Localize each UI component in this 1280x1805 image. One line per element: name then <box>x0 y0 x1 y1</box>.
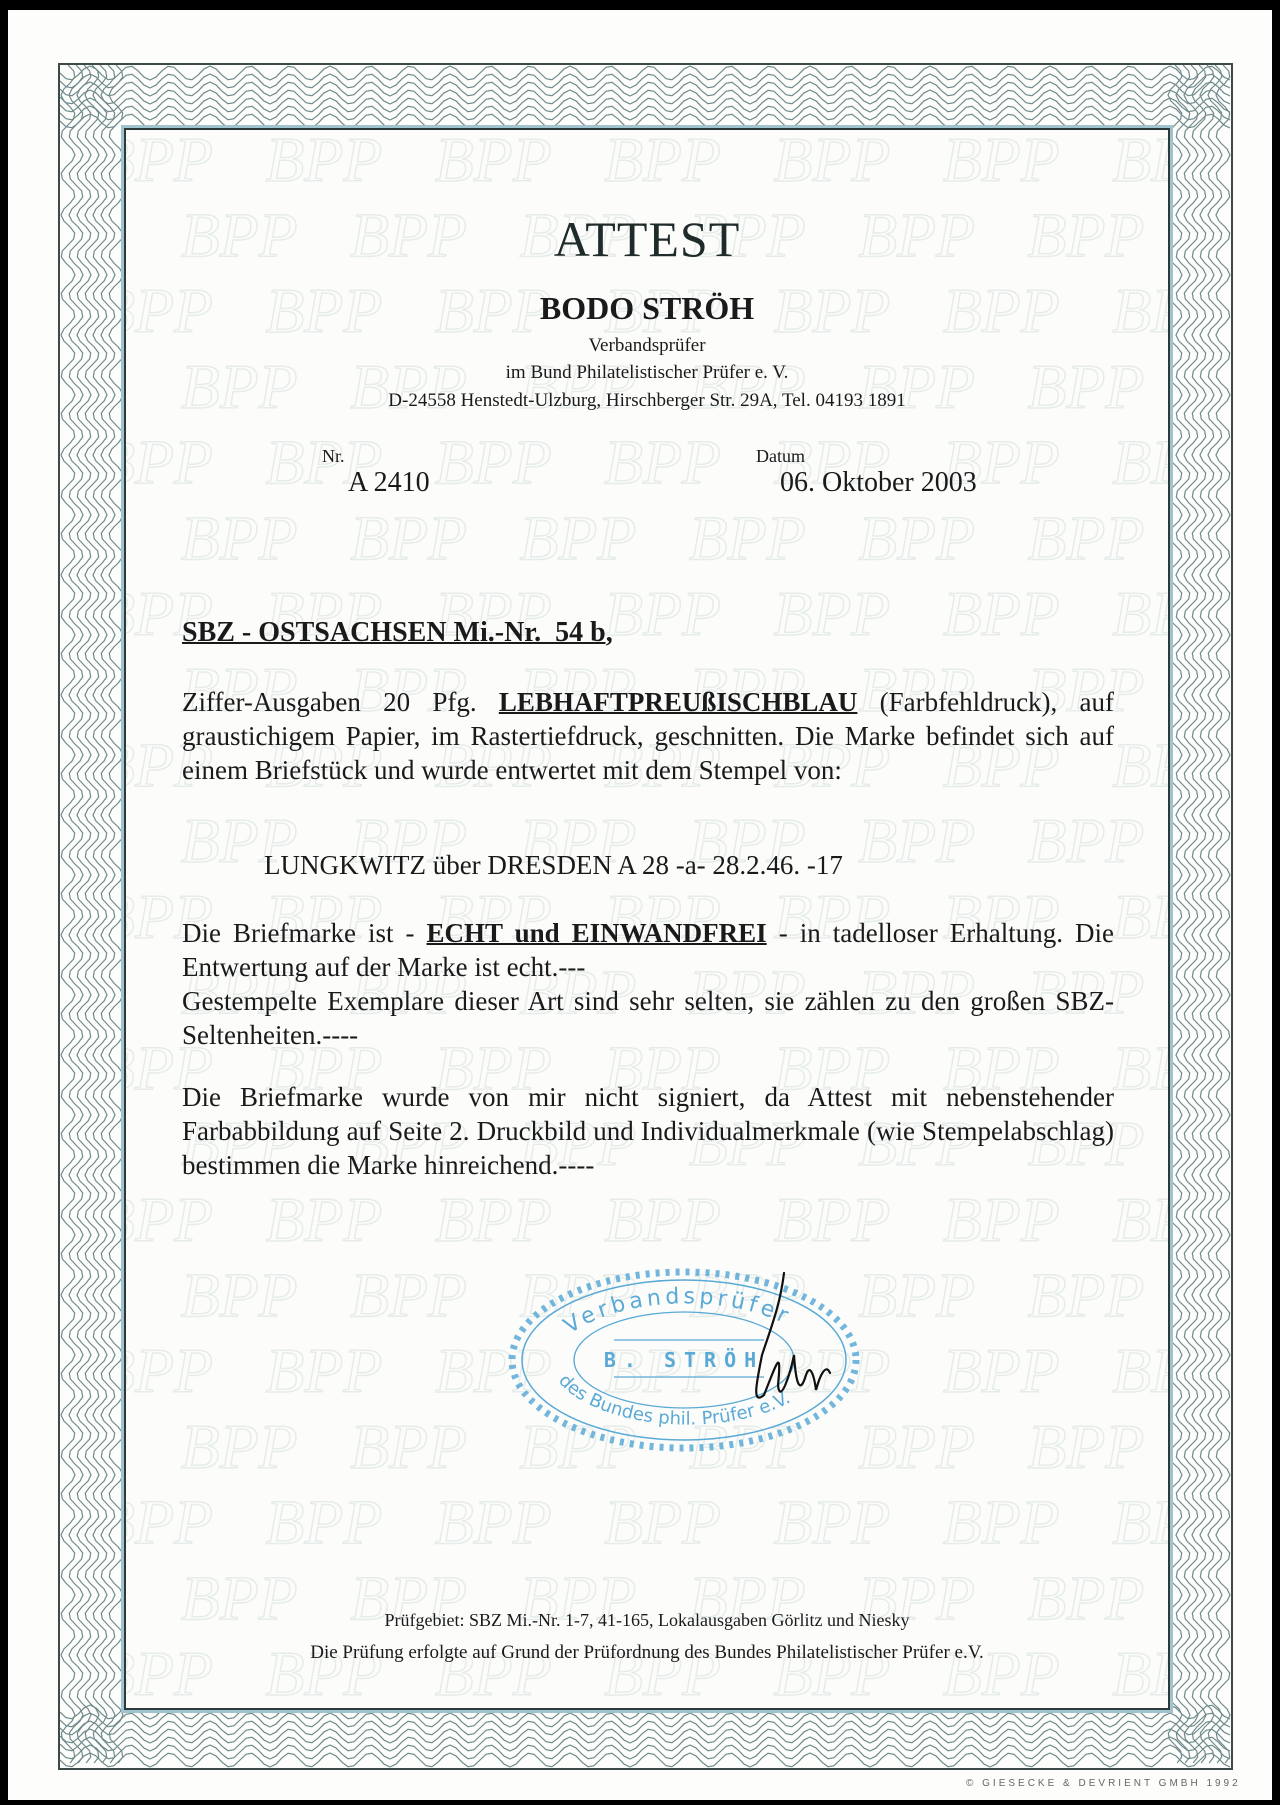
stamp-heading: SBZ - OSTSACHSEN Mi.-Nr. 54 b, <box>182 617 613 649</box>
svg-text:BPP: BPP <box>943 130 1060 195</box>
svg-text:BPP: BPP <box>1028 1259 1145 1330</box>
svg-text:BPP: BPP <box>774 130 891 195</box>
svg-text:BPP: BPP <box>350 1259 467 1330</box>
svg-text:BPP: BPP <box>858 502 975 573</box>
svg-text:BPP: BPP <box>1028 1411 1145 1482</box>
svg-text:BPP: BPP <box>350 502 467 573</box>
svg-text:BPP: BPP <box>181 1411 298 1482</box>
color-name: LEBHAFTPREUßISCHBLAU <box>499 687 858 717</box>
svg-text:BPP: BPP <box>858 1259 975 1330</box>
svg-text:BPP: BPP <box>774 1487 891 1558</box>
certificate-date: 06. Oktober 2003 <box>780 467 977 499</box>
svg-text:BPP: BPP <box>435 130 552 195</box>
svg-text:BPP: BPP <box>1112 1335 1168 1406</box>
desc-text: Ziffer-Ausgaben 20 Pfg. <box>182 687 499 717</box>
svg-text:BPP: BPP <box>1028 805 1145 876</box>
svg-text:BPP: BPP <box>604 427 721 498</box>
date-label: Datum <box>756 446 805 467</box>
svg-text:B. STRÖH: B. STRÖH <box>604 1348 764 1372</box>
verbandspruefer-stamp: Verbandsprüfer B. STRÖH des Bundes phil.… <box>494 1245 874 1465</box>
issuer-name: BODO STRÖH <box>126 290 1168 327</box>
svg-text:BPP: BPP <box>265 1335 382 1406</box>
verdict-text: Die Briefmarke ist - <box>182 918 427 948</box>
svg-text:BPP: BPP <box>126 1335 213 1406</box>
svg-text:BPP: BPP <box>126 1184 213 1255</box>
svg-text:BPP: BPP <box>604 130 721 195</box>
verdict-bold: ECHT und EINWANDFREI <box>427 918 767 948</box>
svg-text:BPP: BPP <box>943 1487 1060 1558</box>
svg-text:BPP: BPP <box>126 1487 213 1558</box>
svg-text:BPP: BPP <box>1112 130 1168 195</box>
svg-text:BPP: BPP <box>126 130 213 195</box>
svg-text:BPP: BPP <box>1112 578 1168 649</box>
svg-text:BPP: BPP <box>943 1184 1060 1255</box>
svg-text:BPP: BPP <box>943 578 1060 649</box>
rarity-paragraph: Gestempelte Exemplare dieser Art sind se… <box>182 984 1114 1052</box>
verdict-paragraph: Die Briefmarke ist - ECHT und EINWANDFRE… <box>182 916 1114 984</box>
certificate-title: ATTEST <box>126 210 1168 268</box>
svg-text:BPP: BPP <box>858 1411 975 1482</box>
svg-text:BPP: BPP <box>181 502 298 573</box>
issuer-role: Verbandsprüfer <box>126 335 1168 357</box>
svg-text:BPP: BPP <box>604 578 721 649</box>
svg-text:BPP: BPP <box>265 1487 382 1558</box>
svg-text:BPP: BPP <box>1028 502 1145 573</box>
svg-text:BPP: BPP <box>435 1487 552 1558</box>
svg-text:BPP: BPP <box>1112 1184 1168 1255</box>
issuer-address: D-24558 Henstedt-Ulzburg, Hirschberger S… <box>126 390 1168 412</box>
svg-text:BPP: BPP <box>689 502 806 573</box>
svg-text:BPP: BPP <box>265 1184 382 1255</box>
svg-text:BPP: BPP <box>519 502 636 573</box>
footer-examination-scope: Prüfgebiet: SBZ Mi.-Nr. 1-7, 41-165, Lok… <box>126 1610 1168 1631</box>
number-label: Nr. <box>322 446 345 467</box>
certificate-number: A 2410 <box>348 467 430 499</box>
svg-text:BPP: BPP <box>265 130 382 195</box>
svg-text:BPP: BPP <box>1112 427 1168 498</box>
issuer-organization: im Bund Philatelistischer Prüfer e. V. <box>126 362 1168 384</box>
copyright-note: © GIESECKE & DEVRIENT GMBH 1992 <box>966 1778 1241 1789</box>
svg-text:BPP: BPP <box>1112 1032 1168 1103</box>
signature-note-paragraph: Die Briefmarke wurde von mir nicht signi… <box>182 1080 1114 1182</box>
svg-text:BPP: BPP <box>181 1259 298 1330</box>
cancellation-text: LUNGKWITZ über DRESDEN A 28 -a- 28.2.46.… <box>264 850 843 881</box>
svg-text:BPP: BPP <box>774 578 891 649</box>
svg-text:BPP: BPP <box>858 805 975 876</box>
certificate-panel: BPPBPPBPPBPPBPPBPPBPPBPPBPPBPPBPPBPPBPPB… <box>124 128 1170 1710</box>
svg-text:BPP: BPP <box>1112 730 1168 801</box>
svg-text:BPP: BPP <box>435 427 552 498</box>
svg-text:BPP: BPP <box>604 1487 721 1558</box>
footer-regulation-note: Die Prüfung erfolgte auf Grund der Prüfo… <box>126 1642 1168 1664</box>
svg-text:BPP: BPP <box>126 427 213 498</box>
svg-text:BPP: BPP <box>350 1411 467 1482</box>
svg-text:BPP: BPP <box>1112 1487 1168 1558</box>
svg-text:BPP: BPP <box>943 1335 1060 1406</box>
description-paragraph: Ziffer-Ausgaben 20 Pfg. LEBHAFTPREUßISCH… <box>182 685 1114 787</box>
svg-text:BPP: BPP <box>1112 881 1168 952</box>
certificate-paper: BPPBPPBPPBPPBPPBPPBPPBPPBPPBPPBPPBPPBPPB… <box>8 10 1272 1800</box>
